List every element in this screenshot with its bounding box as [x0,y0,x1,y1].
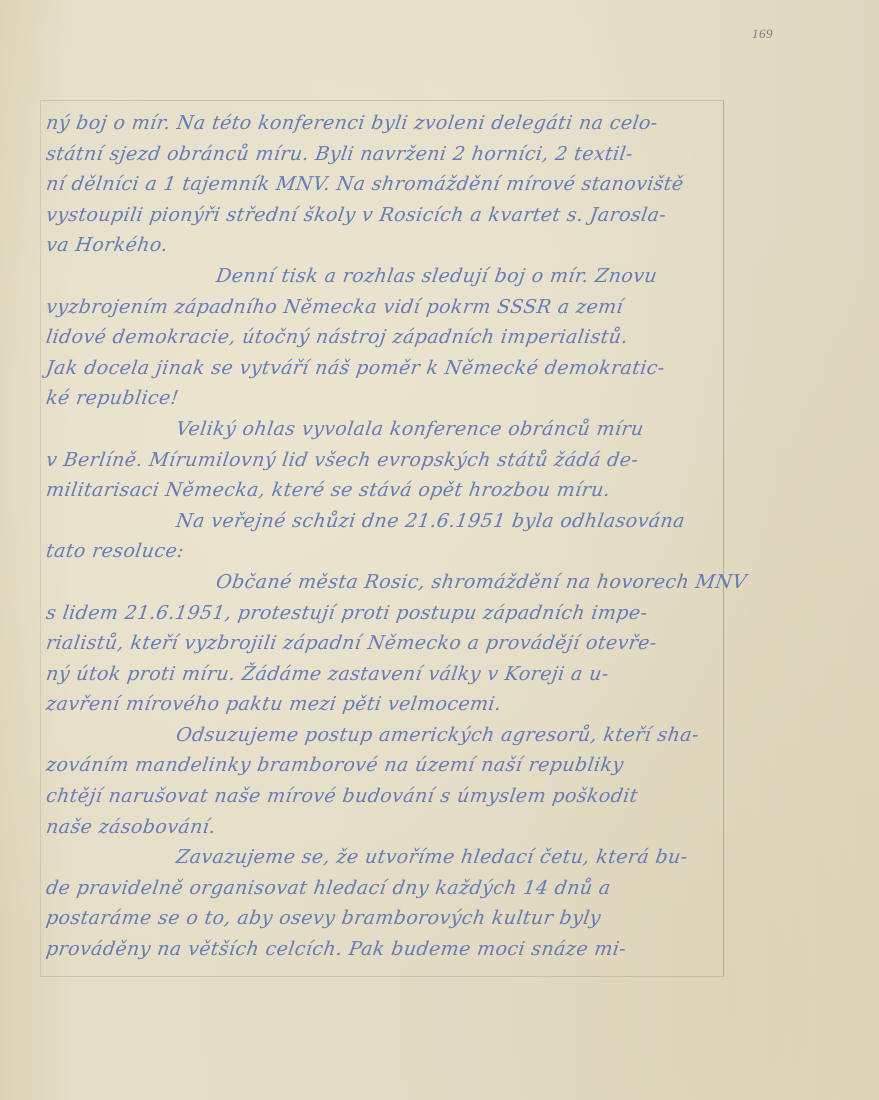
handwritten-line: ké republice! [44,383,724,414]
handwritten-line-paragraph-start: Veliký ohlas vyvolala konference obránců… [44,414,724,445]
handwritten-line: zováním mandelinky bramborové na území n… [44,750,724,781]
handwritten-line: naše zásobování. [44,812,724,843]
handwritten-line: v Berlíně. Mírumilovný lid všech evropsk… [44,445,724,476]
handwritten-line: chtějí narušovat naše mírové budování s … [44,781,724,812]
handwritten-line: prováděny na větších celcích. Pak budeme… [44,934,724,965]
handwritten-line: státní sjezd obránců míru. Byli navrženi… [44,139,724,170]
handwritten-line: postaráme se o to, aby osevy bramborovýc… [44,903,724,934]
handwritten-line: vystoupili pionýři střední školy v Rosic… [44,200,724,231]
handwritten-line-paragraph-start: Na veřejné schůzi dne 21.6.1951 byla odh… [44,506,724,537]
handwritten-line-paragraph-start: Odsuzujeme postup amerických agresorů, k… [44,720,724,751]
handwritten-line: ný boj o mír. Na této konferenci byli zv… [44,108,724,139]
handwritten-line: ný útok proti míru. Žádáme zastavení vál… [44,659,724,690]
handwritten-line-paragraph-start: Občané města Rosic, shromáždění na hovor… [44,567,724,598]
handwritten-line: vyzbrojením západního Německa vidí pokrm… [44,292,724,323]
handwritten-line: de pravidelně organisovat hledací dny ka… [44,873,724,904]
handwritten-line: va Horkého. [44,230,724,261]
handwritten-line: Jak docela jinak se vytváří náš poměr k … [44,353,724,384]
handwritten-line: ní dělníci a 1 tajemník MNV. Na shromážd… [44,169,724,200]
handwritten-line: tato resoluce: [44,536,724,567]
handwritten-line-paragraph-start: Zavazujeme se, že utvoříme hledací četu,… [44,842,724,873]
handwritten-line: rialistů, kteří vyzbrojili západní Němec… [44,628,724,659]
handwritten-line: militarisaci Německa, které se stává opě… [44,475,724,506]
handwritten-line: zavření mírového paktu mezi pěti velmoce… [44,689,724,720]
handwritten-line: lidové demokracie, útočný nástroj západn… [44,322,724,353]
handwritten-line-paragraph-start: Denní tisk a rozhlas sledují boj o mír. … [44,261,724,292]
page-number: 169 [752,26,773,42]
handwritten-text-block: ný boj o mír. Na této konferenci byli zv… [44,108,720,965]
handwritten-line: s lidem 21.6.1951, protestují proti post… [44,598,724,629]
